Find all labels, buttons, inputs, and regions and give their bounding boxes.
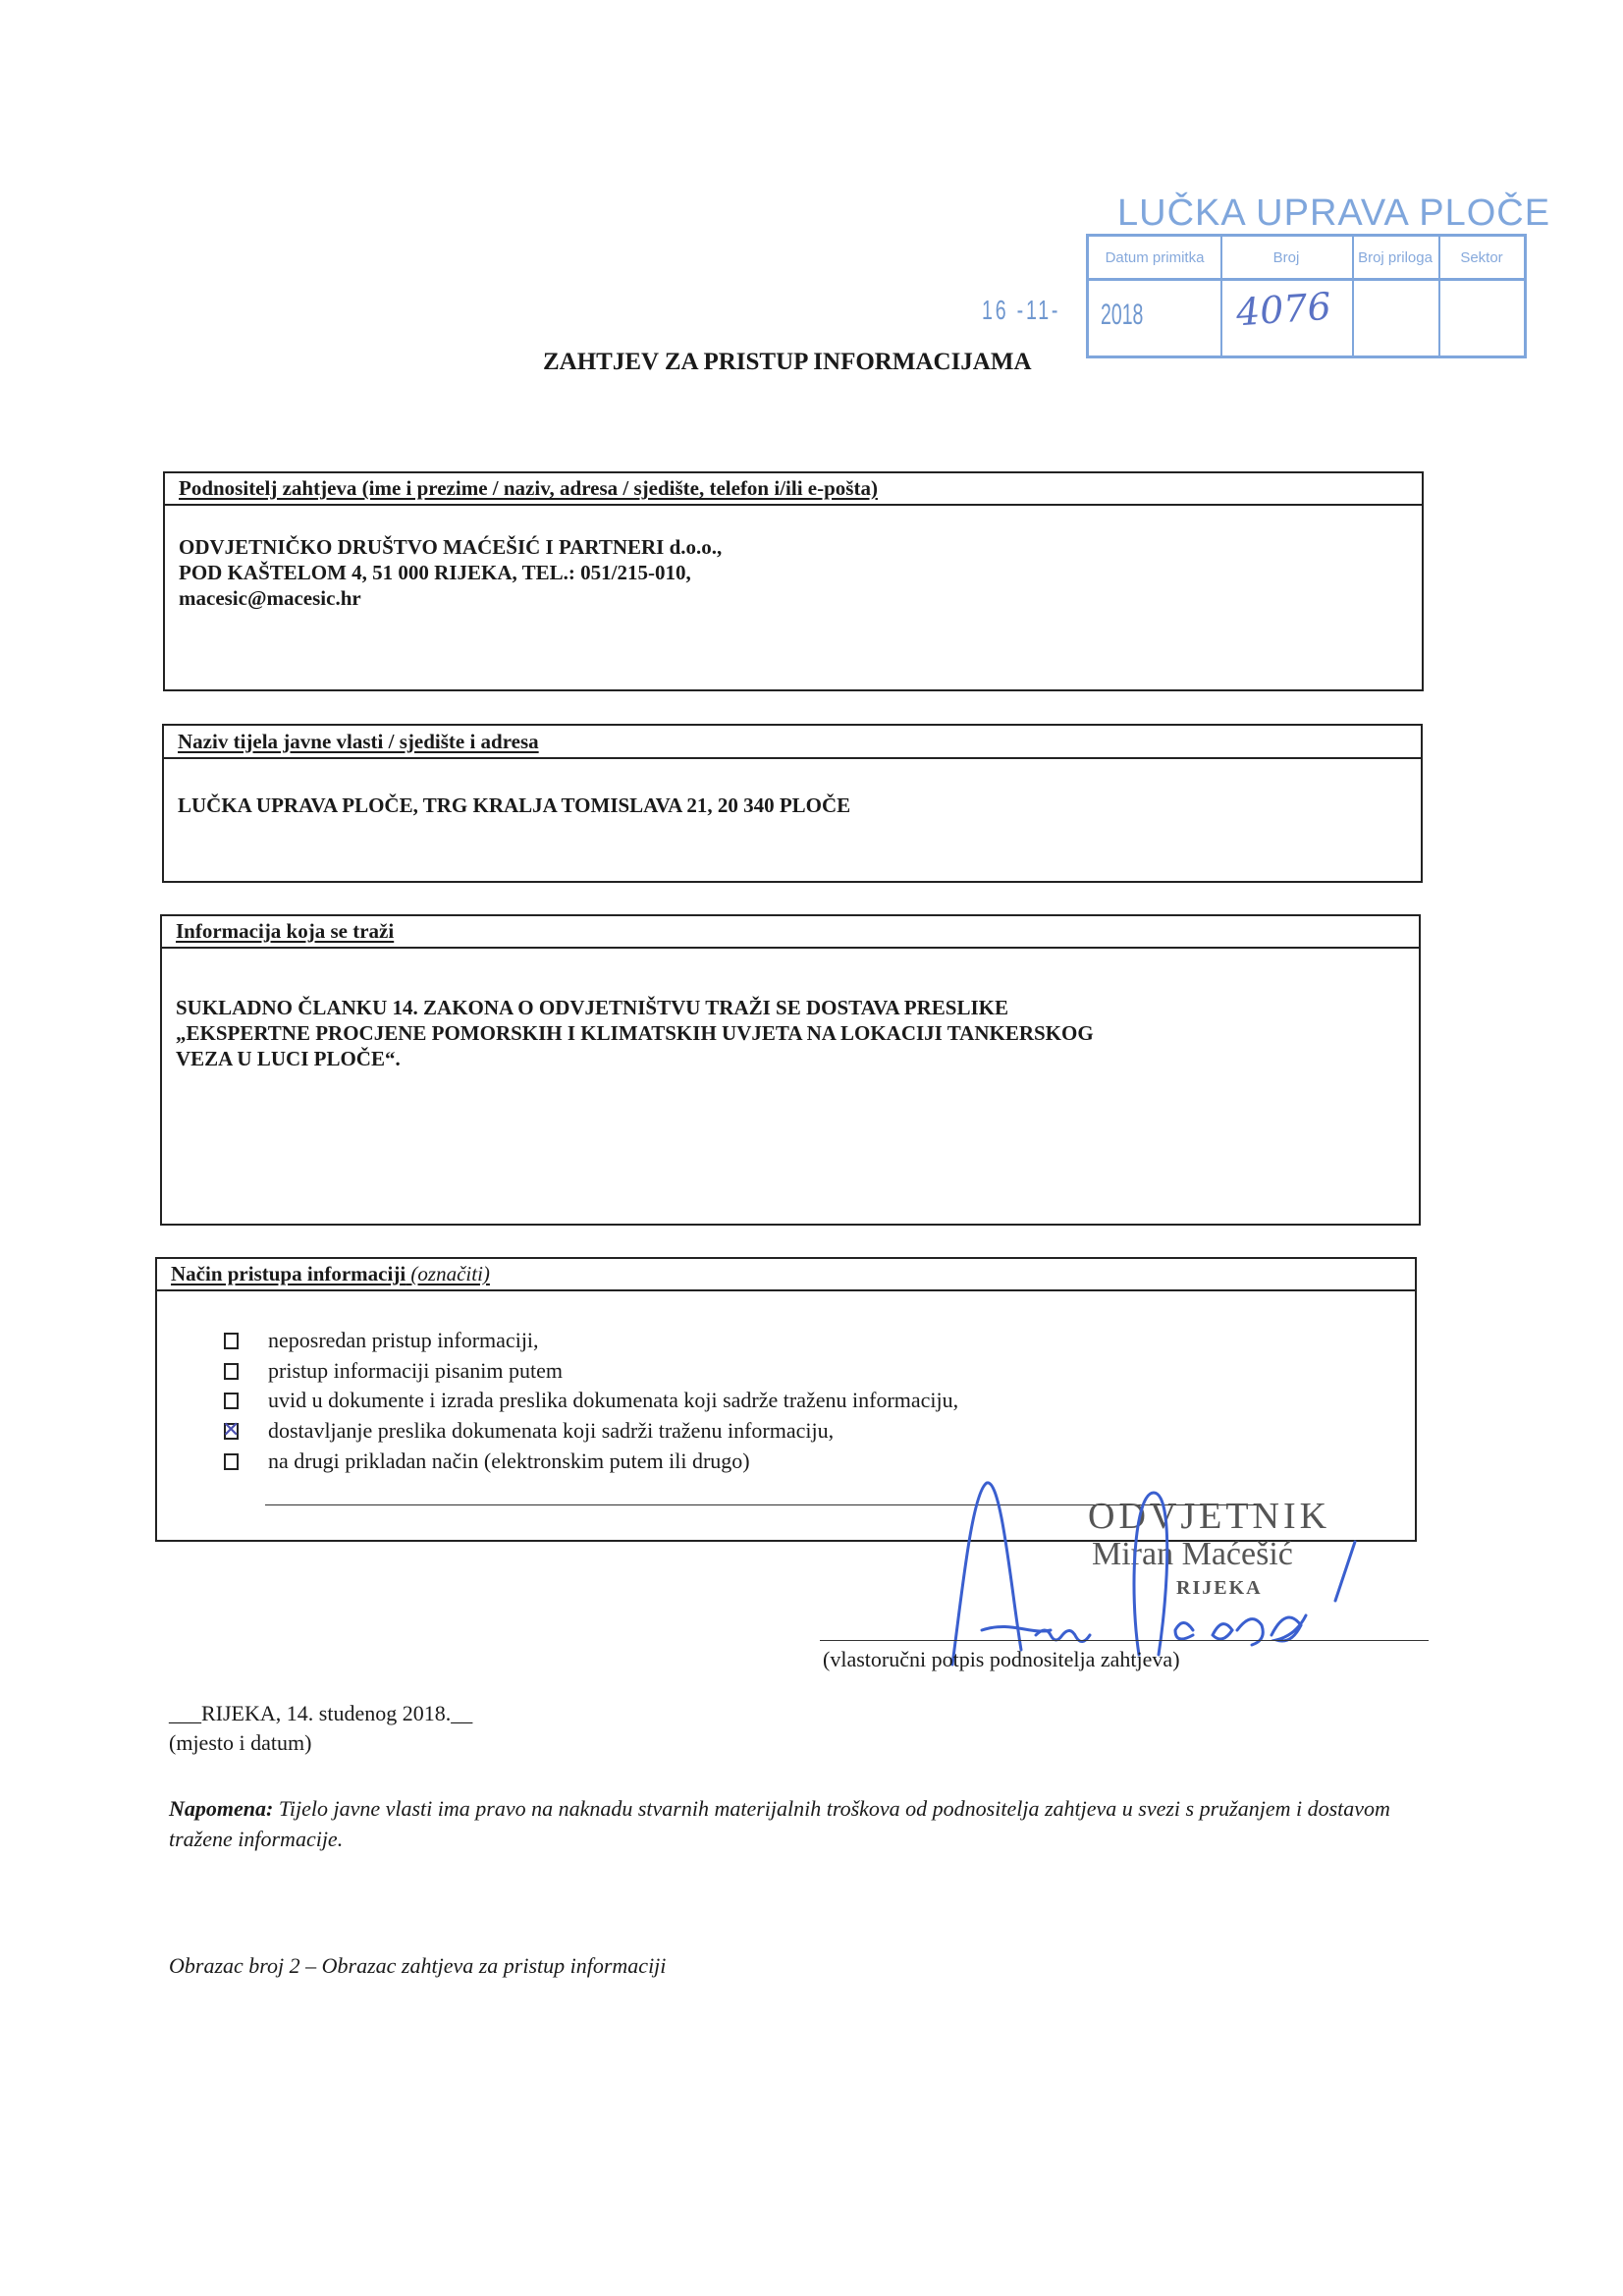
- applicant-section: Podnositelj zahtjeva (ime i prezime / na…: [163, 471, 1424, 691]
- checkbox-checked[interactable]: [224, 1423, 239, 1440]
- access-option-label: pristup informaciji pisanim putem: [268, 1358, 563, 1384]
- receipt-stamp-header-attachments: Broj priloga: [1352, 237, 1438, 278]
- information-line: „EKSPERTNE PROCJENE POMORSKIH I KLIMATSK…: [176, 1020, 1409, 1046]
- access-option-copies[interactable]: dostavljanje preslika dokumenata koji sa…: [224, 1418, 834, 1444]
- receipt-stamp-year: 2018: [1101, 299, 1143, 332]
- receipt-stamp-header-number: Broj: [1220, 237, 1352, 278]
- checkbox-unchecked[interactable]: [224, 1333, 239, 1349]
- receipt-stamp-header-date: Datum primitka: [1089, 237, 1220, 278]
- access-option-label: na drugi prikladan način (elektronskim p…: [268, 1449, 750, 1474]
- information-value: SUKLADNO ČLANKU 14. ZAKONA O ODVJETNIŠTV…: [176, 995, 1409, 1071]
- authority-label-text: Naziv tijela javne vlasti / sjedište i a…: [178, 730, 539, 754]
- access-method-label: Način pristupa informaciji (označiti): [157, 1259, 1415, 1291]
- receipt-stamp-date-prefix: 16 -11-: [982, 295, 1060, 326]
- applicant-label-text: Podnositelj zahtjeva (ime i prezime / na…: [179, 476, 878, 501]
- authority-label: Naziv tijela javne vlasti / sjedište i a…: [164, 726, 1421, 759]
- checkbox-unchecked[interactable]: [224, 1363, 239, 1380]
- receipt-stamp-title: LUČKA UPRAVA PLOČE: [1117, 192, 1550, 235]
- access-option-inspection[interactable]: uvid u dokumente i izrada preslika dokum…: [224, 1388, 958, 1413]
- access-option-other[interactable]: na drugi prikladan način (elektronskim p…: [224, 1449, 750, 1474]
- applicant-line: macesic@macesic.hr: [179, 585, 1412, 611]
- applicant-line: POD KAŠTELOM 4, 51 000 RIJEKA, TEL.: 051…: [179, 560, 1412, 585]
- access-method-label-main: Način pristupa informaciji: [171, 1262, 406, 1285]
- information-label-text: Informacija koja se traži: [176, 919, 394, 944]
- checkbox-unchecked[interactable]: [224, 1393, 239, 1409]
- place-date-value: ___RIJEKA, 14. studenog 2018.__: [169, 1701, 472, 1726]
- receipt-stamp-number: 4076: [1235, 285, 1333, 335]
- access-option-label: neposredan pristup informaciji,: [268, 1328, 539, 1353]
- authority-section: Naziv tijela javne vlasti / sjedište i a…: [162, 724, 1423, 883]
- access-option-written[interactable]: pristup informaciji pisanim putem: [224, 1358, 563, 1384]
- applicant-line: ODVJETNIČKO DRUŠTVO MAĆEŠIĆ I PARTNERI d…: [179, 534, 1412, 560]
- access-option-direct[interactable]: neposredan pristup informaciji,: [224, 1328, 539, 1353]
- form-footer: Obrazac broj 2 – Obrazac zahtjeva za pri…: [169, 1953, 666, 1979]
- note: Napomena: Tijelo javne vlasti ima pravo …: [169, 1793, 1435, 1854]
- information-section: Informacija koja se traži SUKLADNO ČLANK…: [160, 914, 1421, 1226]
- receipt-stamp: Datum primitka Broj Broj priloga Sektor …: [1086, 234, 1527, 358]
- information-line: VEZA U LUCI PLOČE“.: [176, 1046, 1409, 1071]
- applicant-label: Podnositelj zahtjeva (ime i prezime / na…: [165, 473, 1422, 506]
- information-line: SUKLADNO ČLANKU 14. ZAKONA O ODVJETNIŠTV…: [176, 995, 1409, 1020]
- access-option-label: dostavljanje preslika dokumenata koji sa…: [268, 1418, 834, 1444]
- access-method-label-text: Način pristupa informaciji (označiti): [171, 1262, 490, 1286]
- note-text: Tijelo javne vlasti ima pravo na naknadu…: [169, 1796, 1390, 1851]
- access-option-label: uvid u dokumente i izrada preslika dokum…: [268, 1388, 958, 1413]
- signature-caption: (vlastoručni potpis podnositelja zahtjev…: [823, 1647, 1180, 1672]
- note-label: Napomena:: [169, 1796, 273, 1821]
- receipt-stamp-header-sector: Sektor: [1438, 237, 1525, 278]
- page-title: ZAHTJEV ZA PRISTUP INFORMACIJAMA: [543, 349, 1032, 376]
- access-method-label-hint: (označiti): [410, 1262, 489, 1285]
- applicant-value: ODVJETNIČKO DRUŠTVO MAĆEŠIĆ I PARTNERI d…: [179, 534, 1412, 611]
- authority-value: LUČKA UPRAVA PLOČE, TRG KRALJA TOMISLAVA…: [178, 793, 1411, 818]
- information-label: Informacija koja se traži: [162, 916, 1419, 949]
- signature-line: [820, 1640, 1429, 1641]
- place-date-caption: (mjesto i datum): [169, 1730, 311, 1756]
- checkbox-unchecked[interactable]: [224, 1453, 239, 1470]
